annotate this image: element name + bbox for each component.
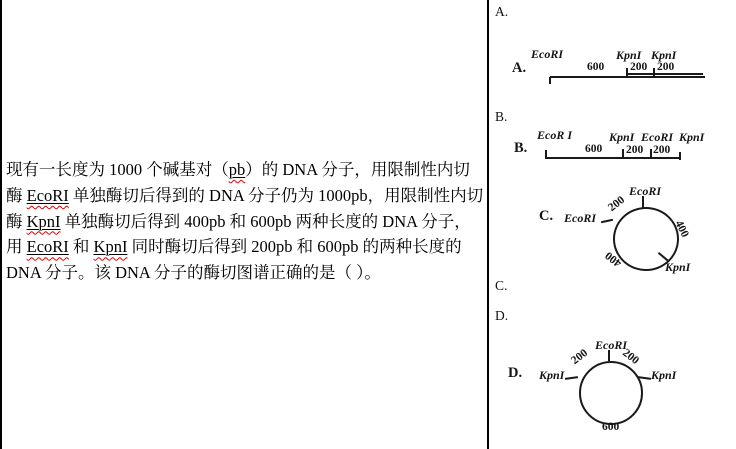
segment-length-200: 200 — [626, 144, 643, 156]
end-tick — [545, 150, 547, 158]
option-letter-b: B. — [495, 109, 507, 125]
left-border-line — [0, 0, 2, 449]
question-text: 现有一长度为 1000 个碱基对（pb）的 DNA 分子，用限制性内切酶 Eco… — [6, 157, 485, 286]
enzyme-label-kpni: KpnI — [651, 368, 676, 383]
arc-length-200: 200 — [606, 194, 627, 214]
option-letter-d: D. — [495, 308, 508, 324]
enzyme-label-ecori: EcoRI — [595, 338, 627, 353]
plasmid-circle — [579, 361, 643, 425]
segment-length-200: 200 — [630, 61, 647, 73]
figure-b-label: B. — [514, 140, 527, 157]
enzyme-label-kpni: KpnI — [609, 130, 634, 145]
enzyme-label-ecori: EcoRI — [641, 130, 673, 145]
enzyme-label-kpni: KpnI — [665, 260, 690, 275]
cut-site-tick — [622, 149, 624, 158]
enzyme-label-ecori: EcoRI — [629, 184, 661, 199]
arc-length-200: 200 — [569, 347, 590, 367]
site-connector — [565, 376, 578, 380]
cut-site-tick — [626, 68, 628, 77]
enzyme-label-ecori: EcoRI — [564, 211, 596, 226]
arc-length-600: 600 — [602, 421, 619, 433]
option-letter-c: C. — [495, 278, 507, 294]
enzyme-label-kpni: KpnI — [539, 368, 564, 383]
site-connector — [642, 196, 644, 208]
segment-length-600: 600 — [587, 61, 604, 73]
figure-a-label: A. — [512, 60, 526, 77]
column-divider-line — [487, 0, 489, 449]
segment-length-600: 600 — [585, 143, 602, 155]
site-connector — [608, 350, 610, 361]
cut-site-tick — [653, 68, 655, 77]
site-connector — [601, 219, 613, 223]
segment-length-200: 200 — [657, 61, 674, 73]
enzyme-label-kpni: KpnI — [679, 130, 704, 145]
cut-site-tick — [549, 77, 551, 84]
cut-site-tick — [650, 149, 652, 158]
option-letter-a: A. — [495, 4, 508, 20]
segment-length-200: 200 — [653, 144, 670, 156]
enzyme-label-ecori: EcoR I — [537, 128, 572, 143]
dna-line — [545, 157, 681, 159]
enzyme-label-ecori: EcoRI — [531, 47, 563, 62]
dna-line-upper — [627, 73, 703, 75]
figure-c-label: C. — [539, 208, 553, 225]
end-tick — [679, 152, 681, 160]
worksheet-page: 现有一长度为 1000 个碱基对（pb）的 DNA 分子，用限制性内切酶 Eco… — [0, 0, 736, 449]
figure-d-label: D. — [508, 365, 522, 382]
